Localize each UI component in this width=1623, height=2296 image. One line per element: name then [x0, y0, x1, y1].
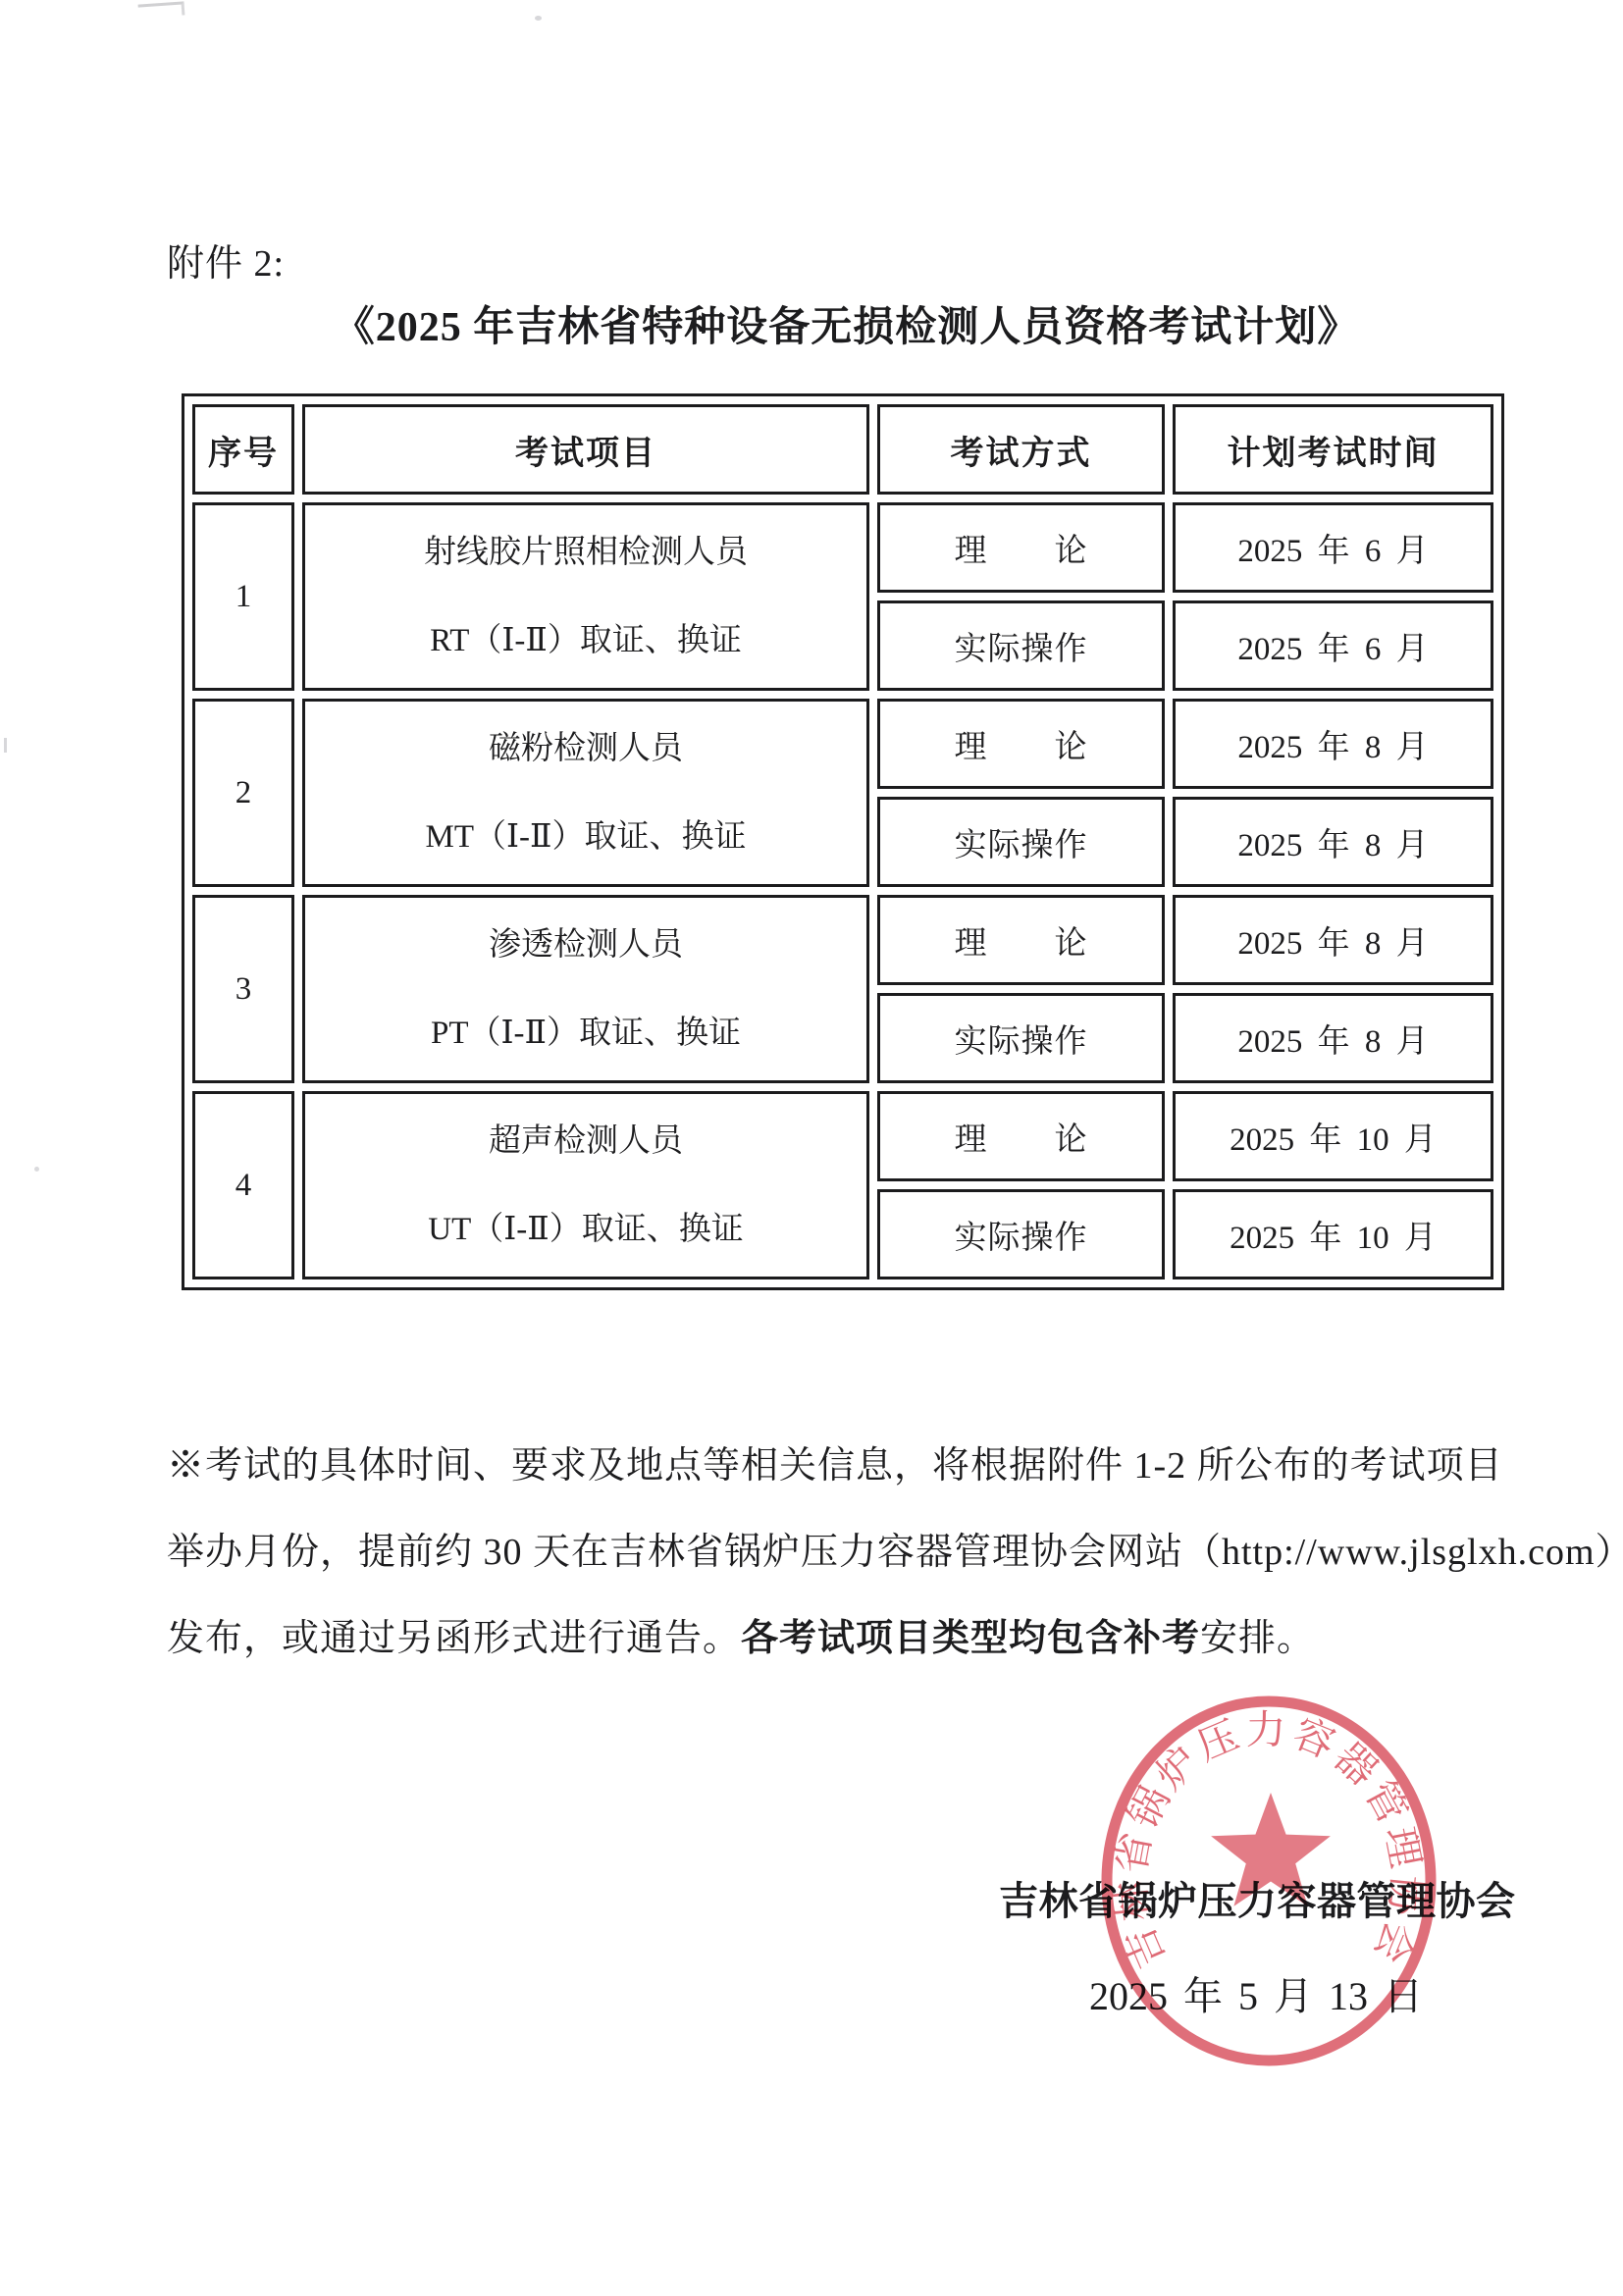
note-line-2: 举办月份，提前约 30 天在吉林省锅炉压力容器管理协会网站（http://www… — [167, 1521, 1541, 1575]
seq-cell: 4 — [192, 1091, 294, 1279]
seq-cell: 1 — [192, 502, 294, 691]
method-cell: 理 论 — [877, 895, 1165, 985]
project-name: 渗透检测人员 — [305, 901, 866, 989]
note-line-3-start: 发布，或通过另函形式进行通告。 — [167, 1618, 741, 1659]
project-name: 超声检测人员 — [305, 1097, 866, 1185]
official-seal: 吉林省锅炉压力容器管理协会 — [1098, 1693, 1440, 2069]
header-method: 考试方式 — [877, 404, 1165, 495]
header-project: 考试项目 — [302, 404, 869, 495]
table-header-row: 序号 考试项目 考试方式 计划考试时间 — [192, 404, 1493, 495]
method-cell: 理 论 — [877, 1091, 1165, 1181]
project-cell: 超声检测人员 UT（Ⅰ-Ⅱ）取证、换证 — [302, 1091, 869, 1279]
scan-artifact — [535, 16, 542, 21]
method-cell: 实际操作 — [877, 993, 1165, 1083]
project-name: 磁粉检测人员 — [305, 704, 866, 793]
note-line-3-end: 安排。 — [1200, 1618, 1315, 1659]
time-cell: 2025 年 6 月 — [1173, 600, 1493, 691]
time-cell: 2025 年 10 月 — [1173, 1189, 1493, 1279]
method-cell: 实际操作 — [877, 797, 1165, 887]
project-cell: 渗透检测人员 PT（Ⅰ-Ⅱ）取证、换证 — [302, 895, 869, 1083]
table-row: 3 渗透检测人员 PT（Ⅰ-Ⅱ）取证、换证 理 论 2025 年 8 月 — [192, 895, 1493, 985]
exam-schedule-table: 序号 考试项目 考试方式 计划考试时间 1 射线胶片照相检测人员 RT（Ⅰ-Ⅱ）… — [182, 393, 1504, 1290]
table-row: 2 磁粉检测人员 MT（Ⅰ-Ⅱ）取证、换证 理 论 2025 年 8 月 — [192, 699, 1493, 789]
scan-artifact — [34, 1167, 39, 1172]
project-cell: 磁粉检测人员 MT（Ⅰ-Ⅱ）取证、换证 — [302, 699, 869, 887]
time-cell: 2025 年 8 月 — [1173, 699, 1493, 789]
table-row: 1 射线胶片照相检测人员 RT（Ⅰ-Ⅱ）取证、换证 理 论 2025 年 6 月 — [192, 502, 1493, 593]
scan-artifact — [4, 738, 7, 753]
time-cell: 2025 年 8 月 — [1173, 895, 1493, 985]
note-line-1: ※考试的具体时间、要求及地点等相关信息，将根据附件 1-2 所公布的考试项目 — [167, 1435, 1541, 1488]
project-cert: MT（Ⅰ-Ⅱ）取证、换证 — [305, 793, 866, 881]
scan-artifact — [138, 1, 185, 18]
header-time: 计划考试时间 — [1173, 404, 1493, 495]
project-cert: RT（Ⅰ-Ⅱ）取证、换证 — [305, 597, 866, 685]
seal-star-icon — [1211, 1793, 1331, 1906]
time-cell: 2025 年 8 月 — [1173, 993, 1493, 1083]
method-cell: 理 论 — [877, 699, 1165, 789]
document-page: 附件 2: 《2025 年吉林省特种设备无损检测人员资格考试计划》 序号 考试项… — [0, 0, 1623, 2296]
time-cell: 2025 年 6 月 — [1173, 502, 1493, 593]
project-cell: 射线胶片照相检测人员 RT（Ⅰ-Ⅱ）取证、换证 — [302, 502, 869, 691]
document-title: 《2025 年吉林省特种设备无损检测人员资格考试计划》 — [186, 294, 1506, 353]
note-line-3-bold: 各考试项目类型均包含补考 — [741, 1618, 1200, 1659]
project-cert: PT（Ⅰ-Ⅱ）取证、换证 — [305, 989, 866, 1077]
attachment-label: 附件 2: — [167, 233, 285, 287]
header-seq: 序号 — [192, 404, 294, 495]
time-cell: 2025 年 10 月 — [1173, 1091, 1493, 1181]
method-cell: 实际操作 — [877, 1189, 1165, 1279]
project-cert: UT（Ⅰ-Ⅱ）取证、换证 — [305, 1185, 866, 1274]
project-name: 射线胶片照相检测人员 — [305, 508, 866, 597]
table-row: 4 超声检测人员 UT（Ⅰ-Ⅱ）取证、换证 理 论 2025 年 10 月 — [192, 1091, 1493, 1181]
method-cell: 实际操作 — [877, 600, 1165, 691]
method-cell: 理 论 — [877, 502, 1165, 593]
note-line-3: 发布，或通过另函形式进行通告。各考试项目类型均包含补考安排。 — [167, 1607, 1541, 1661]
seq-cell: 3 — [192, 895, 294, 1083]
time-cell: 2025 年 8 月 — [1173, 797, 1493, 887]
seq-cell: 2 — [192, 699, 294, 887]
